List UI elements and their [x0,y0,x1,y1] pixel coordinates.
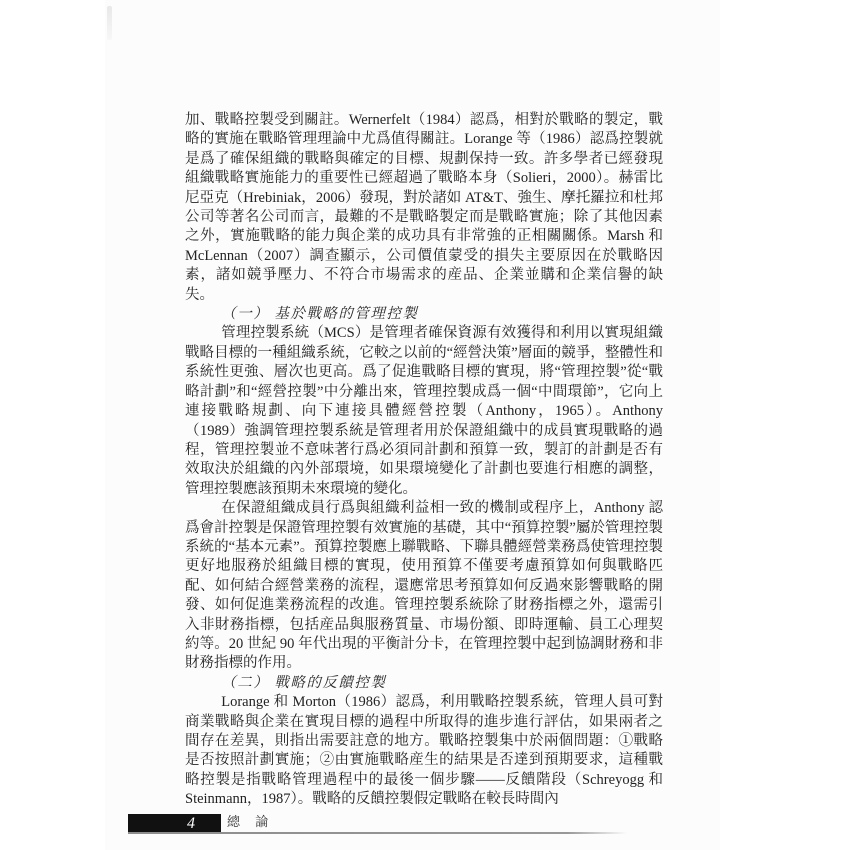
page-number: 4 [128,814,221,833]
paragraph-feedback-control: Lorange 和 Morton（1986）認爲，利用戰略控製系統，管理人員可對… [185,693,663,809]
scanned-book-page: 加、戰略控製受到關註。Wernerfelt（1984）認爲，相對於戰略的製定，戰… [0,0,850,850]
running-foot-section-title: 總 論 [227,811,274,830]
paragraph-continuation: 加、戰略控製受到關註。Wernerfelt（1984）認爲，相對於戰略的製定，戰… [185,111,663,305]
paragraph-management-control-systems: 管理控製系統（MCS）是管理者確保資源有效獲得和利用以實現組織戰略目標的一種組織… [185,324,663,499]
page-text-block: 加、戰略控製受到關註。Wernerfelt（1984）認爲，相對於戰略的製定，戰… [185,111,663,810]
page-scan-area: 加、戰略控製受到關註。Wernerfelt（1984）認爲，相對於戰略的製定，戰… [105,0,720,850]
scan-edge-artifact [107,6,112,40]
footer-rule [128,832,627,834]
section-heading-1: （一） 基於戰略的管理控製 [185,305,663,324]
section-heading-2: （二） 戰略的反饋控製 [185,674,663,693]
paragraph-budget-control: 在保證組織成員行爲與組織利益相一致的機制或程序上，Anthony 認爲會計控製是… [185,499,663,674]
page-number-badge: 4 [128,814,221,833]
